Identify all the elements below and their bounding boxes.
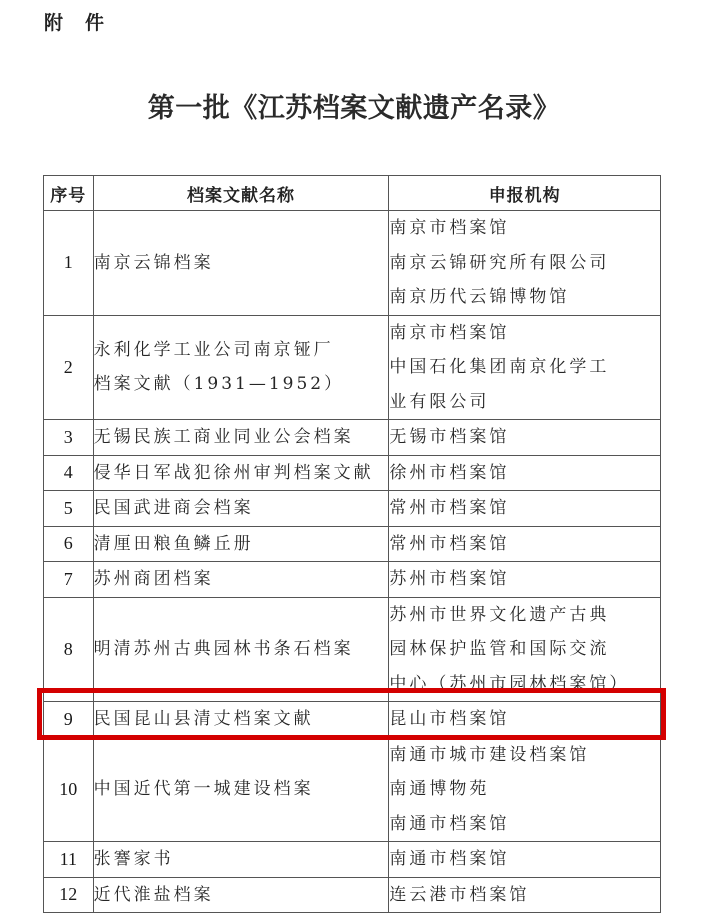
table-header-row: 序号 档案文献名称 申报机构 xyxy=(44,176,661,211)
applicant-org: 常州市档案馆 xyxy=(389,526,661,562)
table-row: 3 无锡民族工商业同业公会档案 无锡市档案馆 xyxy=(44,420,661,456)
table-row-highlighted: 9 民国昆山县清丈档案文献 昆山市档案馆 xyxy=(44,702,661,738)
document-name: 侵华日军战犯徐州审判档案文献 xyxy=(93,455,389,491)
row-number: 11 xyxy=(44,842,94,878)
applicant-org: 苏州市世界文化遗产古典园林保护监管和国际交流中心（苏州市园林档案馆） xyxy=(389,597,661,702)
org-line: 中心（苏州市园林档案馆） xyxy=(389,667,660,702)
document-name: 民国武进商会档案 xyxy=(93,491,389,527)
org-line: 南京市档案馆 xyxy=(389,316,660,351)
org-line: 南京市档案馆 xyxy=(389,211,660,246)
applicant-org: 南通市档案馆 xyxy=(389,842,661,878)
table-row: 8 明清苏州古典园林书条石档案 苏州市世界文化遗产古典园林保护监管和国际交流中心… xyxy=(44,597,661,702)
applicant-org: 常州市档案馆 xyxy=(389,491,661,527)
applicant-org: 南京市档案馆南京云锦研究所有限公司南京历代云锦博物馆 xyxy=(389,211,661,316)
org-line: 南通市档案馆 xyxy=(389,842,660,877)
name-line: 清厘田粮鱼鳞丘册 xyxy=(94,527,389,562)
org-line: 无锡市档案馆 xyxy=(389,420,660,455)
row-number: 9 xyxy=(44,702,94,738)
name-line: 无锡民族工商业同业公会档案 xyxy=(94,420,389,455)
org-line: 南通市城市建设档案馆 xyxy=(389,738,660,773)
document-name: 清厘田粮鱼鳞丘册 xyxy=(93,526,389,562)
document-title: 第一批《江苏档案文献遗产名录》 xyxy=(0,86,708,125)
document-name: 南京云锦档案 xyxy=(93,211,389,316)
table-row: 12 近代淮盐档案 连云港市档案馆 xyxy=(44,877,661,913)
row-number: 2 xyxy=(44,315,94,420)
org-line: 南京云锦研究所有限公司 xyxy=(389,246,660,281)
document-name: 民国昆山县清丈档案文献 xyxy=(93,702,389,738)
org-line: 常州市档案馆 xyxy=(389,491,660,526)
applicant-org: 徐州市档案馆 xyxy=(389,455,661,491)
document-name: 明清苏州古典园林书条石档案 xyxy=(93,597,389,702)
row-number: 7 xyxy=(44,562,94,598)
row-number: 8 xyxy=(44,597,94,702)
applicant-org: 无锡市档案馆 xyxy=(389,420,661,456)
document-name: 中国近代第一城建设档案 xyxy=(93,737,389,842)
name-line: 近代淮盐档案 xyxy=(94,878,389,913)
document-name: 近代淮盐档案 xyxy=(93,877,389,913)
attachment-label-char: 件 xyxy=(85,12,104,34)
name-line: 张謇家书 xyxy=(94,842,389,877)
org-line: 昆山市档案馆 xyxy=(389,702,660,737)
name-line: 永利化学工业公司南京铔厂 xyxy=(94,333,389,368)
table-row: 4 侵华日军战犯徐州审判档案文献 徐州市档案馆 xyxy=(44,455,661,491)
applicant-org: 昆山市档案馆 xyxy=(389,702,661,738)
table-row: 5 民国武进商会档案 常州市档案馆 xyxy=(44,491,661,527)
row-number: 12 xyxy=(44,877,94,913)
table-row: 6 清厘田粮鱼鳞丘册 常州市档案馆 xyxy=(44,526,661,562)
row-number: 6 xyxy=(44,526,94,562)
org-line: 常州市档案馆 xyxy=(389,527,660,562)
org-line: 南通市档案馆 xyxy=(389,807,660,842)
row-number: 1 xyxy=(44,211,94,316)
org-line: 南通博物苑 xyxy=(389,772,660,807)
org-line: 连云港市档案馆 xyxy=(389,878,660,913)
name-line: 明清苏州古典园林书条石档案 xyxy=(94,632,389,667)
heritage-list-table: 序号 档案文献名称 申报机构 1 南京云锦档案 南京市档案馆南京云锦研究所有限公… xyxy=(43,175,661,913)
table-row: 2 永利化学工业公司南京铔厂档案文献（1931—1952） 南京市档案馆中国石化… xyxy=(44,315,661,420)
org-line: 南京历代云锦博物馆 xyxy=(389,280,660,315)
header-org: 申报机构 xyxy=(389,176,661,211)
name-line: 苏州商团档案 xyxy=(94,562,389,597)
row-number: 4 xyxy=(44,455,94,491)
attachment-label-char: 附 xyxy=(44,12,63,34)
table-row: 10 中国近代第一城建设档案 南通市城市建设档案馆南通博物苑南通市档案馆 xyxy=(44,737,661,842)
name-line: 侵华日军战犯徐州审判档案文献 xyxy=(94,456,389,491)
name-line: 中国近代第一城建设档案 xyxy=(94,772,389,807)
row-number: 10 xyxy=(44,737,94,842)
header-number: 序号 xyxy=(44,176,94,211)
document-name: 无锡民族工商业同业公会档案 xyxy=(93,420,389,456)
document-name: 苏州商团档案 xyxy=(93,562,389,598)
row-number: 5 xyxy=(44,491,94,527)
table-row: 7 苏州商团档案 苏州市档案馆 xyxy=(44,562,661,598)
applicant-org: 连云港市档案馆 xyxy=(389,877,661,913)
name-line: 南京云锦档案 xyxy=(94,246,389,281)
attachment-label: 附件 xyxy=(44,8,104,35)
org-line: 苏州市档案馆 xyxy=(389,562,660,597)
org-line: 中国石化集团南京化学工 xyxy=(389,350,660,385)
org-line: 徐州市档案馆 xyxy=(389,456,660,491)
document-name: 永利化学工业公司南京铔厂档案文献（1931—1952） xyxy=(93,315,389,420)
document-name: 张謇家书 xyxy=(93,842,389,878)
applicant-org: 南通市城市建设档案馆南通博物苑南通市档案馆 xyxy=(389,737,661,842)
name-line: 档案文献（1931—1952） xyxy=(94,367,389,402)
org-line: 业有限公司 xyxy=(389,385,660,420)
row-number: 3 xyxy=(44,420,94,456)
header-name: 档案文献名称 xyxy=(93,176,389,211)
table-row: 11 张謇家书 南通市档案馆 xyxy=(44,842,661,878)
org-line: 园林保护监管和国际交流 xyxy=(389,632,660,667)
table-row: 1 南京云锦档案 南京市档案馆南京云锦研究所有限公司南京历代云锦博物馆 xyxy=(44,211,661,316)
name-line: 民国昆山县清丈档案文献 xyxy=(94,702,389,737)
applicant-org: 苏州市档案馆 xyxy=(389,562,661,598)
org-line: 苏州市世界文化遗产古典 xyxy=(389,598,660,633)
name-line: 民国武进商会档案 xyxy=(94,491,389,526)
applicant-org: 南京市档案馆中国石化集团南京化学工业有限公司 xyxy=(389,315,661,420)
